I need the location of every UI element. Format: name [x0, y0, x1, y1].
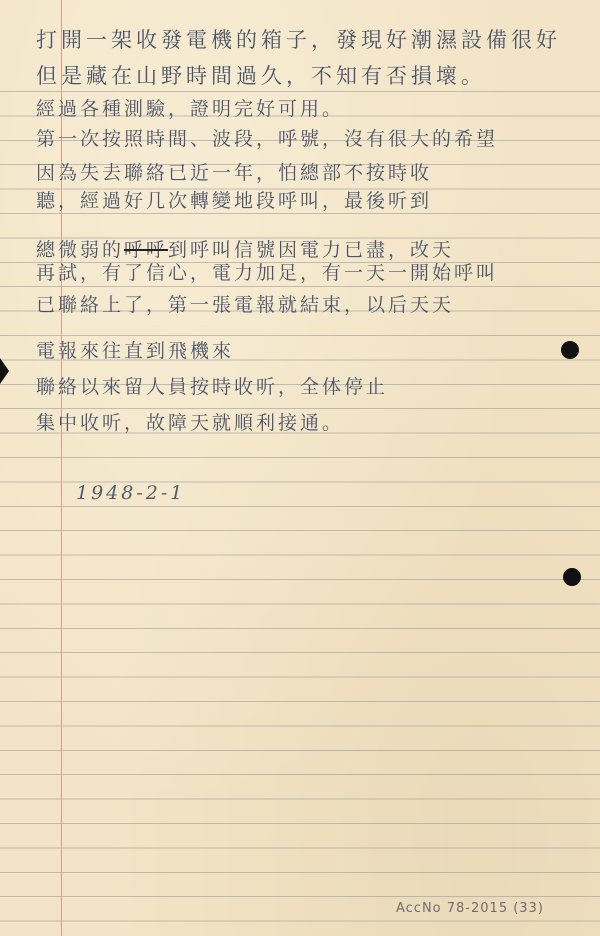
handwritten-line: 聽，經過好几次轉變地段呼叫，最後听到 [36, 186, 432, 213]
handwritten-line: 聯絡以來留人員按時收听，全体停止 [36, 372, 388, 399]
handwritten-line: 已聯絡上了，第一張電報就結束，以后天天 [36, 290, 454, 317]
punch-hole-icon [561, 341, 579, 359]
handwritten-line: 電報來往直到飛機來 [36, 336, 234, 363]
handwritten-line: 第一次按照時間、波段，呼號，沒有很大的希望 [36, 124, 498, 151]
punch-hole-icon [563, 568, 581, 586]
notebook-page: 打開一架收發電機的箱子，發現好潮濕設備很好 但是藏在山野時間過久，不知有否損壞。… [0, 0, 600, 936]
handwritten-line: 再試，有了信心，電力加足，有一天一開始呼叫 [36, 258, 498, 285]
handwritten-line: 打開一架收發電機的箱子，發現好潮濕設備很好 [36, 24, 561, 54]
handwritten-date: 1948-2-1 [76, 482, 185, 504]
clip-mark-icon [0, 358, 9, 384]
ruled-lines [0, 91, 600, 936]
handwritten-line: 經過各種測驗，證明完好可用。 [36, 94, 344, 121]
accession-number: AccNo 78-2015 (33) [396, 901, 544, 916]
handwritten-line: 因為失去聯絡已近一年，怕總部不按時收 [36, 158, 432, 185]
handwritten-line: 集中收听，故障天就順利接通。 [36, 408, 344, 435]
handwritten-line: 但是藏在山野時間過久，不知有否損壞。 [36, 60, 486, 90]
